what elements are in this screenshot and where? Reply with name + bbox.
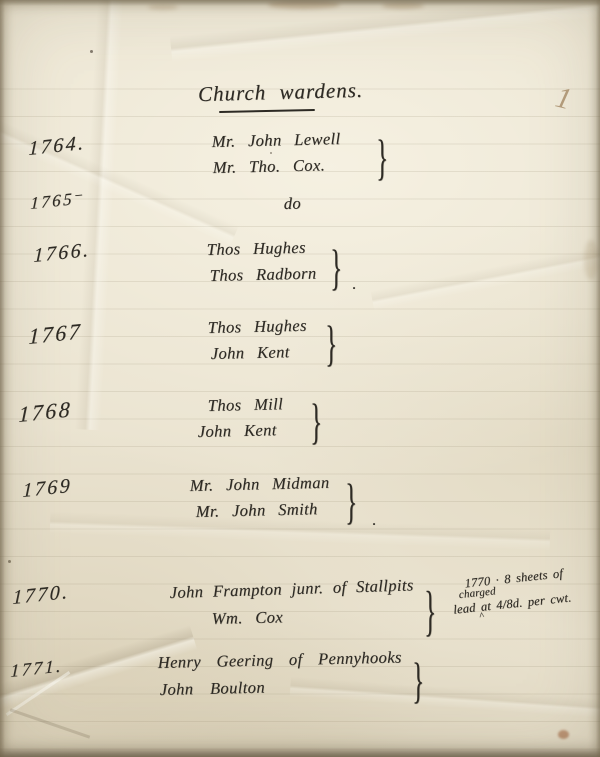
stain xyxy=(382,2,424,9)
warden-name-line1: John Frampton junr. of Stallpits xyxy=(169,575,414,603)
brace-mark: } xyxy=(310,398,322,447)
warden-name-line1: Thos Mill xyxy=(208,394,284,416)
warden-name-line1: Thos Hughes xyxy=(208,316,307,338)
brace-mark: } xyxy=(412,657,424,706)
warden-name-line1: Mr. John Lewell xyxy=(212,129,341,152)
brace-mark: } xyxy=(325,320,337,369)
page-title: Church wardens. xyxy=(198,78,364,107)
entry-row-1766: 1766. Thos Hughes Thos Radborn } . xyxy=(0,240,600,300)
entry-year: 1771. xyxy=(10,655,63,682)
brace-suffix: . xyxy=(352,276,356,294)
warden-name-line1: Mr. John Midman xyxy=(190,473,330,496)
warden-name-line2: John Kent xyxy=(198,420,277,442)
crease xyxy=(170,0,600,62)
warden-name-line1: Thos Hughes xyxy=(207,238,306,260)
entry-year: 1764. xyxy=(28,132,86,161)
brace-mark: } xyxy=(424,585,436,640)
paper-edge-top xyxy=(0,0,600,6)
paper-edge-left xyxy=(0,0,5,757)
entry-row-1769: 1769 Mr. John Midman Mr. John Smith } . xyxy=(0,476,600,536)
stain xyxy=(148,4,178,10)
manuscript-page: Church wardens. 1 1764. Mr. John Lewell … xyxy=(0,0,600,757)
paper-edge-bottom xyxy=(0,748,600,757)
entry-year: 1769 xyxy=(22,475,73,503)
title-underline xyxy=(219,109,315,113)
warden-name-line2: John Kent xyxy=(211,342,290,364)
brace-mark: } xyxy=(376,134,388,183)
warden-name-line2: Thos Radborn xyxy=(210,264,317,286)
speck xyxy=(90,50,93,53)
entry-year: 1766. xyxy=(33,239,91,268)
stain xyxy=(268,0,340,9)
entry-row-1771: 1771. Henry Geering of Pennyhooks John B… xyxy=(0,653,600,713)
warden-name-line2: Wm. Cox xyxy=(212,607,284,629)
stain xyxy=(558,730,569,739)
brace-suffix: . xyxy=(372,512,376,530)
entry-year: 1770. xyxy=(12,581,70,610)
entry-year: 1765⁻ xyxy=(30,188,86,214)
entry-year: 1768 xyxy=(18,396,73,428)
page-number: 1 xyxy=(552,81,575,118)
speck xyxy=(8,560,11,563)
entry-row-1764: 1764. Mr. John Lewell Mr. Tho. Cox. } xyxy=(0,132,600,192)
paper-edge-right xyxy=(596,0,600,757)
brace-mark: } xyxy=(330,244,342,293)
warden-name-line2: John Boulton xyxy=(160,678,266,700)
entry-row-1767: 1767 Thos Hughes John Kent } xyxy=(0,318,600,378)
warden-name-line2: Mr. John Smith xyxy=(196,499,318,522)
warden-name-line1: Henry Geering of Pennyhooks xyxy=(158,647,402,673)
entry-year: 1767 xyxy=(28,318,83,350)
warden-name-line2: Mr. Tho. Cox. xyxy=(213,155,326,178)
entry-row-1768: 1768 Thos Mill John Kent } xyxy=(0,396,600,456)
ditto-mark: do xyxy=(284,194,302,214)
brace-mark: } xyxy=(345,478,357,527)
